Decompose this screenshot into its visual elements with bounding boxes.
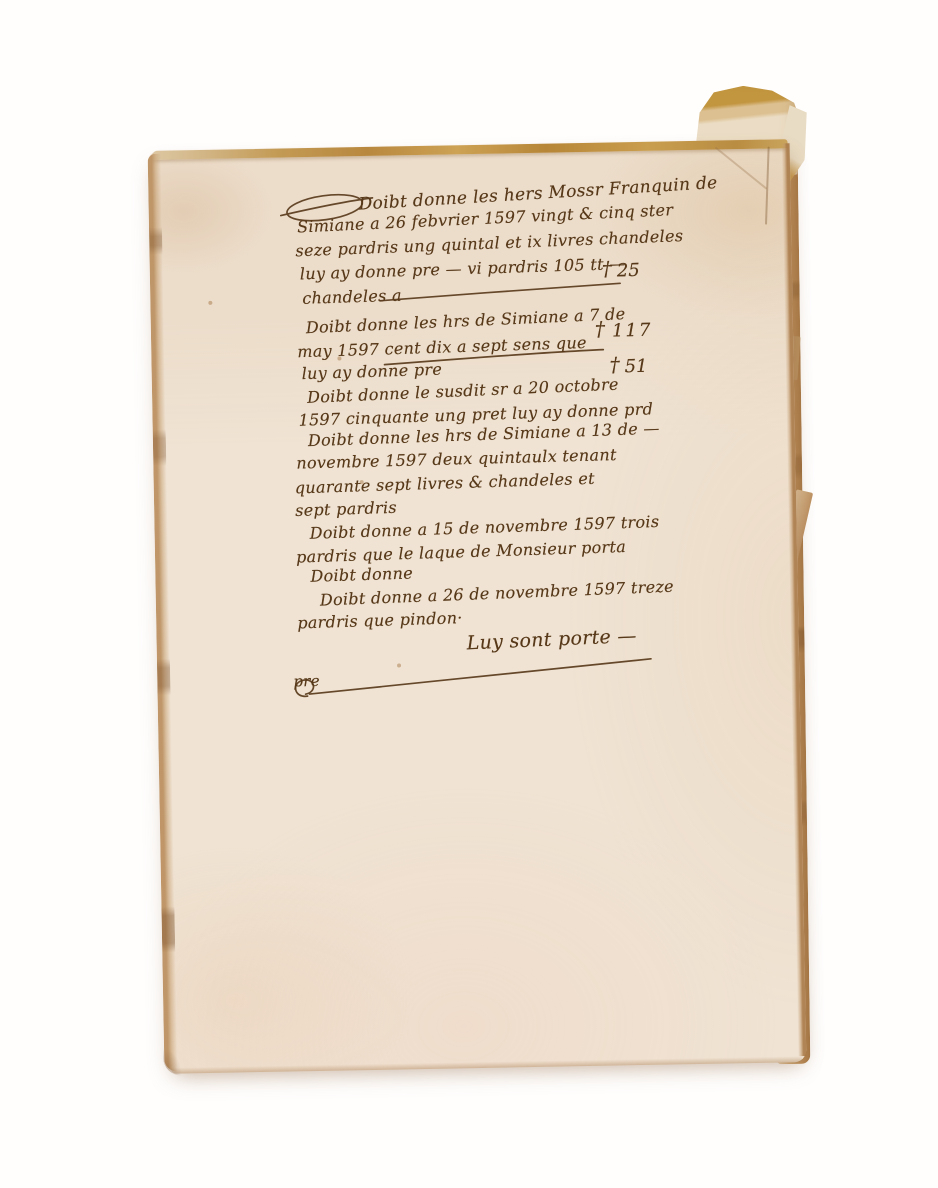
ink-flourish-overlay (148, 140, 807, 1074)
manuscript-line: Doibt donne (310, 564, 413, 586)
livre-cross-icon: † (595, 317, 607, 341)
text-block: Doibt donne les hers Mossr Franquin de S… (148, 140, 807, 1074)
margin-amount: †117 (595, 319, 653, 341)
manuscript-line: chandeles a (302, 287, 402, 309)
margin-amount: †51 (609, 355, 647, 377)
manuscript-page: Doibt donne les hers Mossr Franquin de S… (148, 140, 807, 1074)
margin-amount: †25 (602, 259, 640, 281)
margin-amount-value: 117 (612, 320, 653, 342)
livre-cross-icon: † (609, 352, 619, 376)
margin-amount-value: 51 (624, 356, 647, 377)
livre-cross-icon: † (602, 256, 612, 280)
photo-canvas: Doibt donne les hers Mossr Franquin de S… (0, 0, 938, 1188)
manuscript-line: pre (293, 673, 320, 691)
margin-amount-value: 25 (617, 260, 640, 281)
manuscript-line: sept pardris (295, 499, 397, 521)
